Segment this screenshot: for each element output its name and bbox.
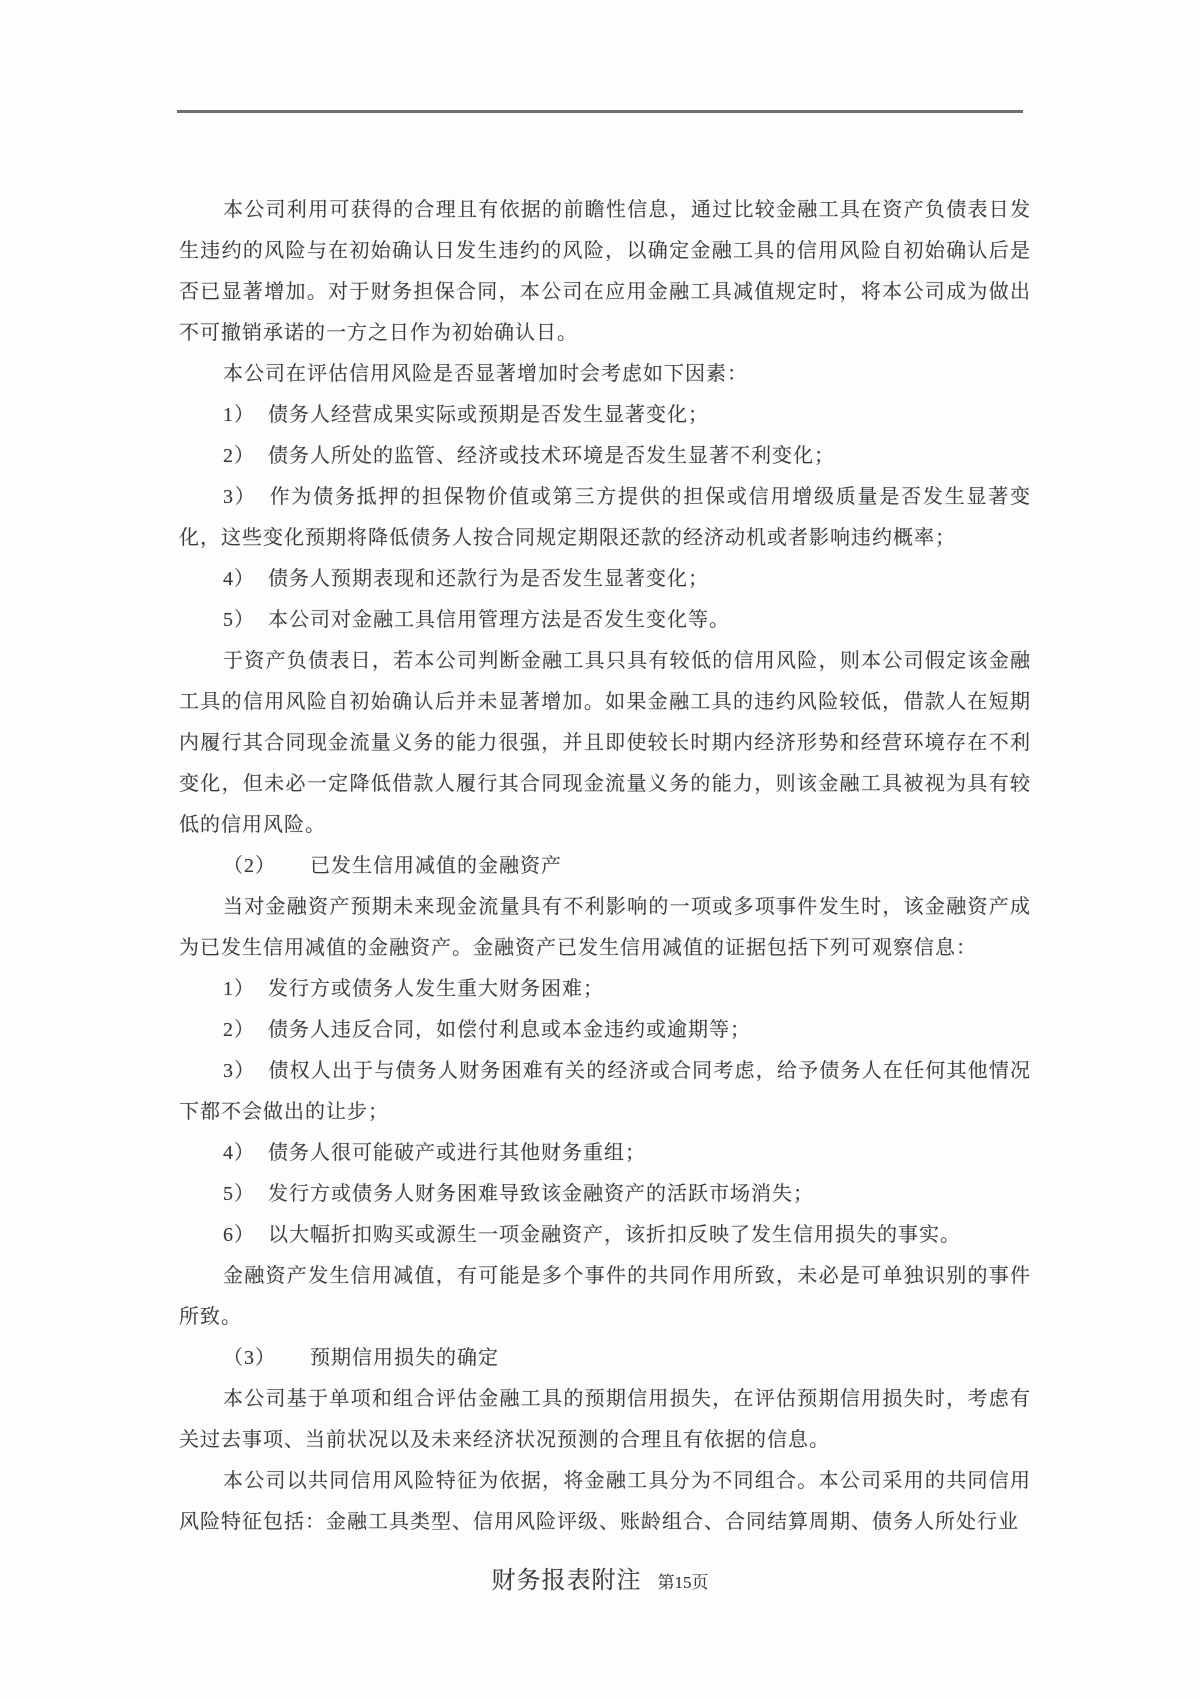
body-text: 本公司利用可获得的合理且有依据的前瞻性信息，通过比较金融工具在资产负债表日发生违…	[179, 190, 1031, 1543]
document-page: 本公司利用可获得的合理且有依据的前瞻性信息，通过比较金融工具在资产负债表日发生违…	[0, 0, 1200, 1699]
list-marker: 2）	[223, 1019, 255, 1041]
footer-title: 财务报表附注	[492, 1560, 642, 1595]
list-marker: 3）	[223, 486, 257, 508]
page-footer: 财务报表附注 第15页	[0, 1560, 1200, 1595]
list-item-text: 债务人所处的监管、经济或技术环境是否发生显著不利变化；	[268, 445, 835, 467]
list-marker: 4）	[223, 1142, 255, 1164]
paragraph: 当对金融资产预期未来现金流量具有不利影响的一项或多项事件发生时，该金融资产成为已…	[179, 887, 1031, 969]
heading-text: 已发生信用减值的金融资产	[310, 855, 562, 877]
list-item: 1）债务人经营成果实际或预期是否发生显著变化；	[179, 395, 1031, 436]
header-rule	[177, 110, 1023, 113]
list-item-text: 债务人预期表现和还款行为是否发生显著变化；	[268, 568, 709, 590]
list-item: 5）发行方或债务人财务困难导致该金融资产的活跃市场消失；	[179, 1174, 1031, 1215]
list-item-text: 本公司对金融工具信用管理方法是否发生变化等。	[268, 609, 730, 631]
list-item: 2）债务人所处的监管、经济或技术环境是否发生显著不利变化；	[179, 436, 1031, 477]
list-item: 3）债权人出于与债务人财务困难有关的经济或合同考虑，给予债务人在任何其他情况下都…	[179, 1051, 1031, 1133]
list-item: 3）作为债务抵押的担保物价值或第三方提供的担保或信用增级质量是否发生显著变化，这…	[179, 477, 1031, 559]
list-item-text: 作为债务抵押的担保物价值或第三方提供的担保或信用增级质量是否发生显著变化，这些变…	[179, 486, 1031, 549]
list-item: 6）以大幅折扣购买或源生一项金融资产，该折扣反映了发生信用损失的事实。	[179, 1215, 1031, 1256]
list-item: 5）本公司对金融工具信用管理方法是否发生变化等。	[179, 600, 1031, 641]
paragraph: 本公司基于单项和组合评估金融工具的预期信用损失，在评估预期信用损失时，考虑有关过…	[179, 1379, 1031, 1461]
section-heading: （2）已发生信用减值的金融资产	[179, 846, 1031, 887]
list-item: 1）发行方或债务人发生重大财务困难；	[179, 969, 1031, 1010]
list-item-text: 发行方或债务人财务困难导致该金融资产的活跃市场消失；	[268, 1183, 814, 1205]
paragraph: 本公司在评估信用风险是否显著增加时会考虑如下因素：	[179, 354, 1031, 395]
heading-marker: （3）	[223, 1347, 276, 1369]
section-heading: （3）预期信用损失的确定	[179, 1338, 1031, 1379]
list-item-text: 债务人很可能破产或进行其他财务重组；	[268, 1142, 646, 1164]
list-marker: 1）	[223, 404, 255, 426]
page-number: 第15页	[658, 1568, 709, 1593]
list-marker: 5）	[223, 1183, 255, 1205]
list-marker: 1）	[223, 978, 255, 1000]
list-item: 4）债务人预期表现和还款行为是否发生显著变化；	[179, 559, 1031, 600]
paragraph: 本公司利用可获得的合理且有依据的前瞻性信息，通过比较金融工具在资产负债表日发生违…	[179, 190, 1031, 354]
list-item-text: 发行方或债务人发生重大财务困难；	[268, 978, 604, 1000]
heading-marker: （2）	[223, 855, 276, 877]
list-marker: 6）	[223, 1224, 255, 1246]
list-marker: 3）	[223, 1060, 255, 1082]
list-item-text: 债权人出于与债务人财务困难有关的经济或合同考虑，给予债务人在任何其他情况下都不会…	[179, 1060, 1031, 1123]
list-marker: 4）	[223, 568, 255, 590]
paragraph: 本公司以共同信用风险特征为依据，将金融工具分为不同组合。本公司采用的共同信用风险…	[179, 1461, 1031, 1543]
list-item-text: 债务人经营成果实际或预期是否发生显著变化；	[268, 404, 709, 426]
heading-text: 预期信用损失的确定	[310, 1347, 499, 1369]
paragraph: 金融资产发生信用减值，有可能是多个事件的共同作用所致，未必是可单独识别的事件所致…	[179, 1256, 1031, 1338]
paragraph: 于资产负债表日，若本公司判断金融工具只具有较低的信用风险，则本公司假定该金融工具…	[179, 641, 1031, 846]
list-marker: 5）	[223, 609, 255, 631]
list-item: 4）债务人很可能破产或进行其他财务重组；	[179, 1133, 1031, 1174]
list-item-text: 债务人违反合同，如偿付利息或本金违约或逾期等；	[268, 1019, 751, 1041]
list-item-text: 以大幅折扣购买或源生一项金融资产，该折扣反映了发生信用损失的事实。	[268, 1224, 961, 1246]
list-item: 2）债务人违反合同，如偿付利息或本金违约或逾期等；	[179, 1010, 1031, 1051]
list-marker: 2）	[223, 445, 255, 467]
